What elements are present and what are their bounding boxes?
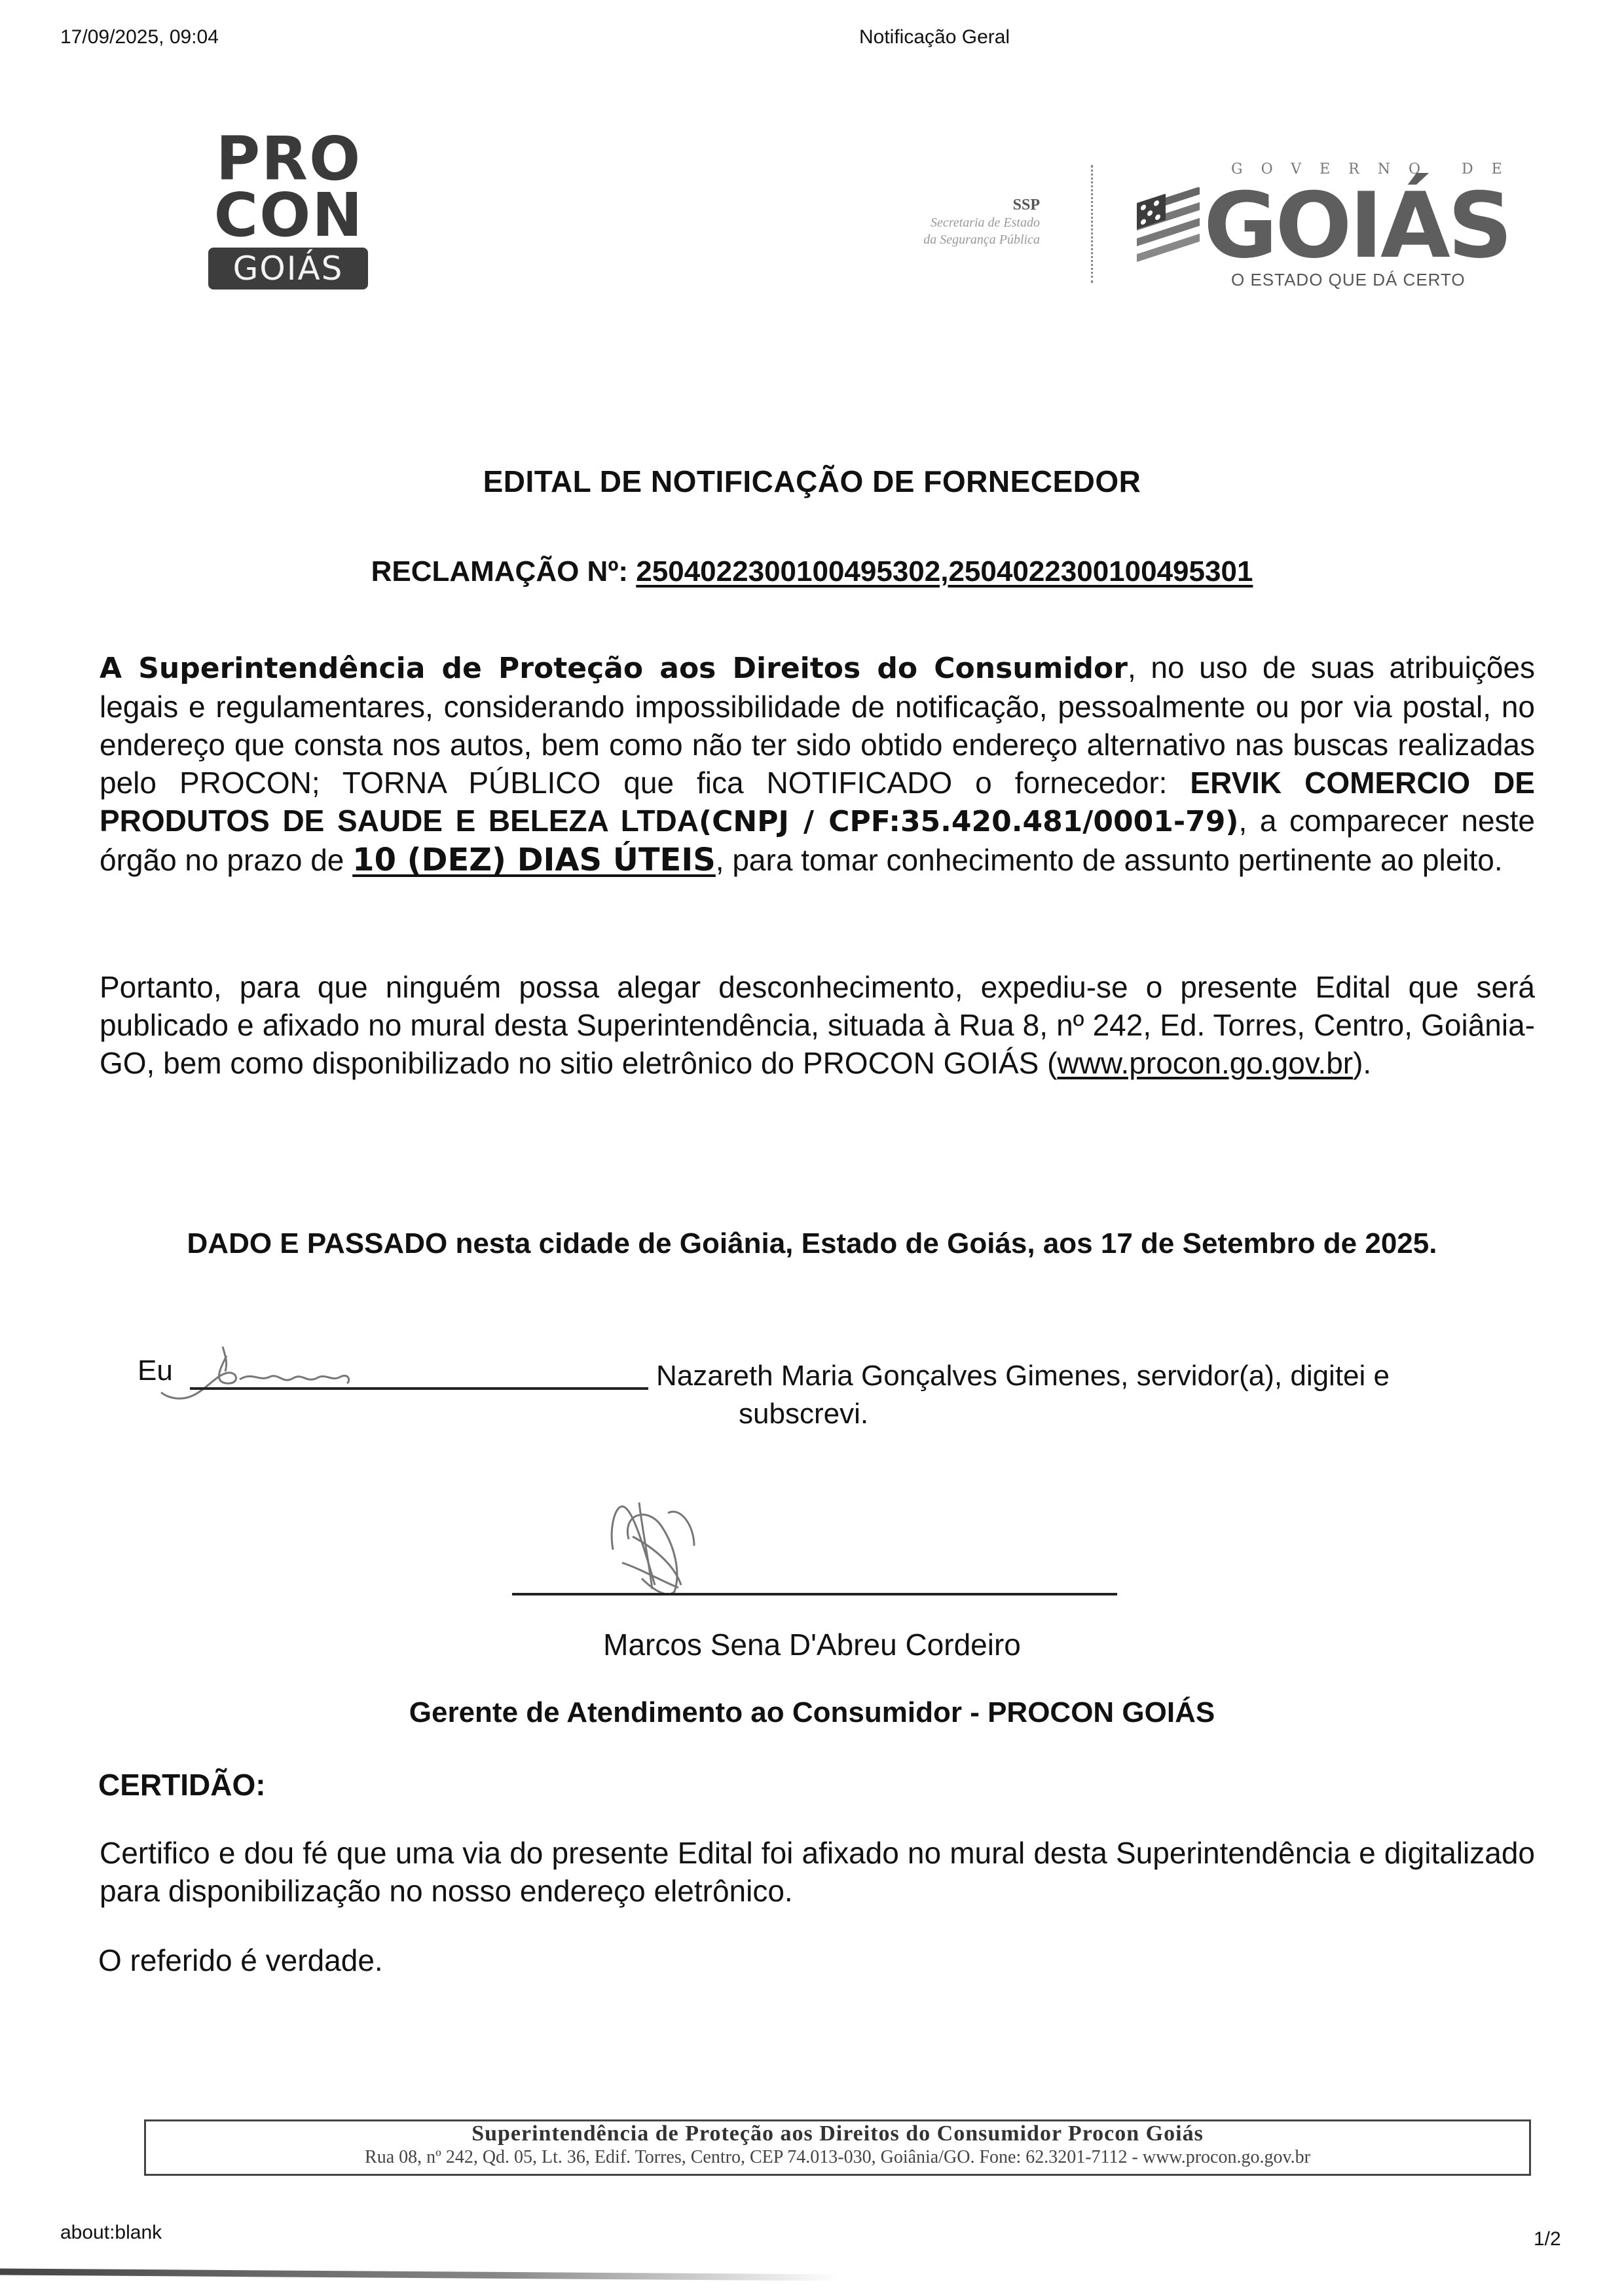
publication-paragraph: Portanto, para que ninguém possa alegar …: [100, 968, 1535, 1082]
goias-tagline: O ESTADO QUE DÁ CERTO: [1231, 270, 1466, 290]
procon-logo-line2: CON: [204, 187, 373, 244]
print-page-number: 1/2: [1534, 2228, 1561, 2250]
manager-signature-icon: [602, 1500, 773, 1605]
ssp-line2: da Segurança Pública: [923, 231, 1040, 248]
signatory-role: Gerente de Atendimento ao Consumidor - P…: [0, 1696, 1624, 1729]
ssp-abbr: SSP: [923, 196, 1040, 214]
goias-wordmark: GOIÁS: [1204, 177, 1510, 275]
reclamacao-line: RECLAMAÇÃO Nº: 2504022300100495302,25040…: [0, 555, 1624, 588]
signatory-name: Marcos Sena D'Abreu Cordeiro: [0, 1627, 1624, 1662]
deadline: 10 (DEZ) DIAS ÚTEIS: [352, 842, 716, 878]
procon-website-link[interactable]: www.procon.go.gov.br: [1057, 1046, 1353, 1080]
dado-e-passado: DADO E PASSADO nesta cidade de Goiânia, …: [131, 1225, 1493, 1263]
print-page-title: Notificação Geral: [859, 26, 1010, 48]
procon-goias-logo: PRO CON GOIÁS: [204, 131, 373, 303]
dado-text: nesta cidade de Goiânia, Estado de Goiás…: [447, 1227, 1437, 1259]
scan-edge-shadow: [0, 2269, 838, 2281]
paragraph1-text-c: , para tomar conhecimento de assunto per…: [716, 843, 1503, 877]
ssp-logo: SSP Secretaria de Estado da Segurança Pú…: [923, 196, 1040, 248]
certidao-heading: CERTIDÃO:: [98, 1767, 266, 1802]
clerk-line2: subscrevi.: [656, 1395, 1521, 1433]
reclamacao-label: RECLAMAÇÃO Nº:: [371, 555, 628, 588]
dado-lead: DADO E PASSADO: [187, 1227, 448, 1259]
certidao-closing: O referido é verdade.: [98, 1943, 383, 1978]
procon-logo-badge: GOIÁS: [208, 248, 368, 289]
entity-name: A Superintendência de Proteção aos Direi…: [100, 652, 1128, 685]
print-url: about:blank: [60, 2222, 162, 2244]
procon-logo-line1: PRO: [204, 131, 373, 187]
notification-paragraph: A Superintendência de Proteção aos Direi…: [100, 648, 1535, 879]
clerk-signature-icon: [155, 1343, 456, 1408]
manager-signature-line: [512, 1593, 1117, 1595]
clerk-signature-line: [190, 1387, 648, 1390]
certidao-text: Certifico e dou fé que uma via do presen…: [100, 1834, 1535, 1910]
ssp-line1: Secretaria de Estado: [923, 214, 1040, 231]
institution-footer: Superintendência de Proteção aos Direito…: [144, 2119, 1531, 2176]
goias-flag-icon: [1137, 187, 1200, 266]
footer-institution-name: Superintendência de Proteção aos Direito…: [146, 2121, 1529, 2146]
clerk-line1: Nazareth Maria Gonçalves Gimenes, servid…: [656, 1360, 1390, 1392]
clerk-statement: Nazareth Maria Gonçalves Gimenes, servid…: [656, 1357, 1521, 1433]
logo-divider: [1091, 165, 1093, 283]
paragraph2-end: ).: [1353, 1046, 1371, 1080]
reclamacao-numbers: 2504022300100495302,2504022300100495301: [636, 555, 1253, 588]
document-title: EDITAL DE NOTIFICAÇÃO DE FORNECEDOR: [0, 464, 1624, 499]
supplier-cnpj: (CNPJ / CPF:35.420.481/0001-79): [699, 805, 1238, 838]
footer-address: Rua 08, nº 242, Qd. 05, Lt. 36, Edif. To…: [146, 2146, 1529, 2169]
print-datetime: 17/09/2025, 09:04: [60, 26, 219, 48]
